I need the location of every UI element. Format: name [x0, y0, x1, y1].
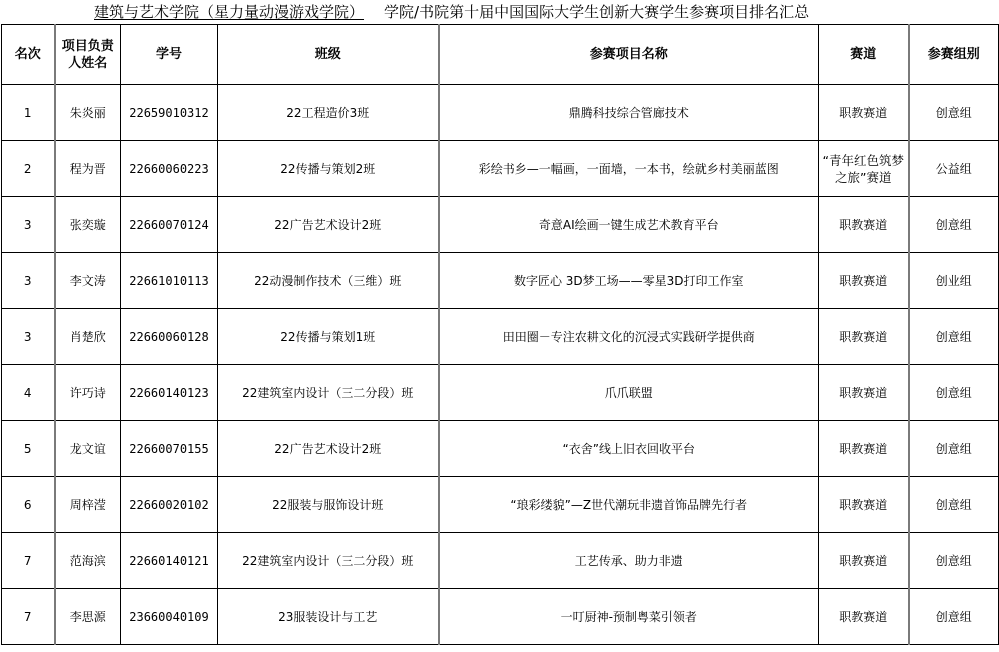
cell-rank: 4 [2, 365, 55, 421]
cell-group: 创意组 [909, 197, 999, 253]
cell-class: 22服装与服饰设计班 [218, 477, 439, 533]
cell-rank: 6 [2, 477, 55, 533]
cell-project: 一叮厨神-预制粤菜引领者 [439, 589, 819, 645]
table-row: 7范海滨2266014012122建筑室内设计（三二分段）班工艺传承、助力非遗职… [2, 533, 999, 589]
cell-track: 职教赛道 [819, 253, 909, 309]
cell-leader: 李思源 [55, 589, 121, 645]
cell-student-id: 22660060128 [121, 309, 218, 365]
cell-track: 职教赛道 [819, 309, 909, 365]
cell-student-id: 22660070155 [121, 421, 218, 477]
header-row: 名次 项目负责人姓名 学号 班级 参赛项目名称 赛道 参赛组别 [2, 25, 999, 85]
cell-group: 创意组 [909, 533, 999, 589]
cell-student-id: 22660020102 [121, 477, 218, 533]
cell-project: 工艺传承、助力非遗 [439, 533, 819, 589]
cell-project: 田田圈－专注农耕文化的沉浸式实践研学提供商 [439, 309, 819, 365]
document-title: 建筑与艺术学院（星力量动漫游戏学院）学院/书院第十届中国国际大学生创新大赛学生参… [0, 0, 999, 24]
cell-leader: 肖楚欣 [55, 309, 121, 365]
cell-leader: 朱炎丽 [55, 85, 121, 141]
cell-project: “衣舍”线上旧衣回收平台 [439, 421, 819, 477]
cell-group: 创业组 [909, 253, 999, 309]
table-row: 3张奕璇2266007012422广告艺术设计2班奇意AI绘画一键生成艺术教育平… [2, 197, 999, 253]
cell-rank: 5 [2, 421, 55, 477]
table-row: 2程为晋2266006022322传播与策划2班彩绘书乡—一幅画，一面墙，一本书… [2, 141, 999, 197]
cell-project: 数字匠心 3D梦工场——零星3D打印工作室 [439, 253, 819, 309]
cell-track: 职教赛道 [819, 85, 909, 141]
title-suffix: 学院/书院第十届中国国际大学生创新大赛学生参赛项目排名汇总 [384, 3, 809, 21]
cell-group: 创意组 [909, 589, 999, 645]
cell-project: “琅彩缕貌”—Z世代潮玩非遗首饰品牌先行者 [439, 477, 819, 533]
cell-group: 创意组 [909, 421, 999, 477]
cell-track: “青年红色筑梦之旅”赛道 [819, 141, 909, 197]
table-row: 3肖楚欣2266006012822传播与策划1班田田圈－专注农耕文化的沉浸式实践… [2, 309, 999, 365]
college-name: 建筑与艺术学院（星力量动漫游戏学院） [94, 3, 364, 21]
table-row: 4许巧诗2266014012322建筑室内设计（三二分段）班爪爪联盟职教赛道创意… [2, 365, 999, 421]
cell-group: 创意组 [909, 85, 999, 141]
cell-project: 鼎腾科技综合管廊技术 [439, 85, 819, 141]
header-group: 参赛组别 [909, 25, 999, 85]
cell-project: 奇意AI绘画一键生成艺术教育平台 [439, 197, 819, 253]
cell-class: 23服装设计与工艺 [218, 589, 439, 645]
table-row: 5龙文谊2266007015522广告艺术设计2班“衣舍”线上旧衣回收平台职教赛… [2, 421, 999, 477]
cell-project: 彩绘书乡—一幅画，一面墙，一本书，绘就乡村美丽蓝图 [439, 141, 819, 197]
cell-rank: 3 [2, 197, 55, 253]
cell-rank: 1 [2, 85, 55, 141]
cell-group: 创意组 [909, 309, 999, 365]
cell-group: 创意组 [909, 365, 999, 421]
cell-track: 职教赛道 [819, 421, 909, 477]
table-row: 3李文涛2266101011322动漫制作技术（三维）班数字匠心 3D梦工场——… [2, 253, 999, 309]
cell-class: 22动漫制作技术（三维）班 [218, 253, 439, 309]
cell-student-id: 22660140121 [121, 533, 218, 589]
cell-track: 职教赛道 [819, 589, 909, 645]
cell-rank: 7 [2, 533, 55, 589]
cell-rank: 2 [2, 141, 55, 197]
header-class: 班级 [218, 25, 439, 85]
cell-class: 22传播与策划2班 [218, 141, 439, 197]
header-leader: 项目负责人姓名 [55, 25, 121, 85]
cell-leader: 范海滨 [55, 533, 121, 589]
cell-student-id: 22660060223 [121, 141, 218, 197]
cell-track: 职教赛道 [819, 197, 909, 253]
cell-class: 22建筑室内设计（三二分段）班 [218, 533, 439, 589]
header-rank: 名次 [2, 25, 55, 85]
cell-student-id: 22661010113 [121, 253, 218, 309]
ranking-table: 名次 项目负责人姓名 学号 班级 参赛项目名称 赛道 参赛组别 1朱炎丽2265… [1, 24, 999, 645]
table-row: 7李思源2366004010923服装设计与工艺一叮厨神-预制粤菜引领者职教赛道… [2, 589, 999, 645]
cell-group: 公益组 [909, 141, 999, 197]
cell-rank: 3 [2, 253, 55, 309]
cell-class: 22建筑室内设计（三二分段）班 [218, 365, 439, 421]
cell-project: 爪爪联盟 [439, 365, 819, 421]
header-track: 赛道 [819, 25, 909, 85]
header-project: 参赛项目名称 [439, 25, 819, 85]
cell-leader: 周梓滢 [55, 477, 121, 533]
cell-class: 22传播与策划1班 [218, 309, 439, 365]
cell-group: 创意组 [909, 477, 999, 533]
header-student-id: 学号 [121, 25, 218, 85]
cell-student-id: 22660070124 [121, 197, 218, 253]
cell-rank: 7 [2, 589, 55, 645]
cell-leader: 李文涛 [55, 253, 121, 309]
cell-student-id: 22660140123 [121, 365, 218, 421]
cell-leader: 龙文谊 [55, 421, 121, 477]
table-row: 1朱炎丽2265901031222工程造价3班鼎腾科技综合管廊技术职教赛道创意组 [2, 85, 999, 141]
cell-leader: 张奕璇 [55, 197, 121, 253]
cell-student-id: 22659010312 [121, 85, 218, 141]
cell-leader: 程为晋 [55, 141, 121, 197]
cell-class: 22广告艺术设计2班 [218, 421, 439, 477]
cell-class: 22工程造价3班 [218, 85, 439, 141]
cell-class: 22广告艺术设计2班 [218, 197, 439, 253]
cell-leader: 许巧诗 [55, 365, 121, 421]
table-body: 1朱炎丽2265901031222工程造价3班鼎腾科技综合管廊技术职教赛道创意组… [2, 85, 999, 645]
cell-track: 职教赛道 [819, 533, 909, 589]
cell-track: 职教赛道 [819, 477, 909, 533]
table-row: 6周梓滢2266002010222服装与服饰设计班“琅彩缕貌”—Z世代潮玩非遗首… [2, 477, 999, 533]
cell-track: 职教赛道 [819, 365, 909, 421]
cell-rank: 3 [2, 309, 55, 365]
cell-student-id: 23660040109 [121, 589, 218, 645]
